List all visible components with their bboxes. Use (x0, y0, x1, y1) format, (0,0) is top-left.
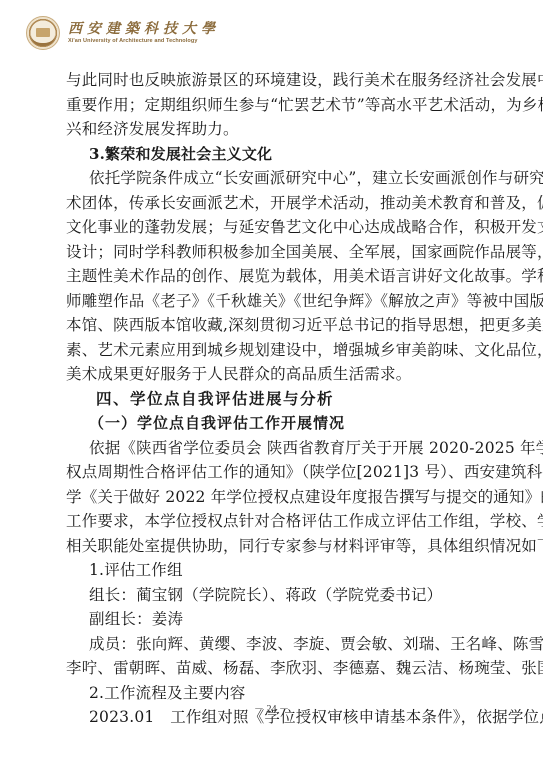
document-body: 与此同时也反映旅游景区的环境建设，践行美术在服务经济社会发展中的重要作用；定期组… (66, 68, 474, 730)
paragraph-line: 兴和经济发展发挥助力。 (66, 117, 474, 142)
paragraph-line: 依托学院条件成立“长安画派研究中心”，建立长安画派创作与研究学 (66, 166, 474, 191)
university-brand: 西安建築科技大學 Xi'an University of Architectur… (68, 21, 220, 46)
paragraph-line: 美术成果更好服务于人民群众的高品质生活需求。 (66, 362, 474, 387)
paragraph-line: 相关职能处室提供协助，同行专家参与材料评审等，具体组织情况如下： (66, 534, 474, 559)
paragraph-line: 权点周期性合格评估工作的通知》（陕学位[2021]3 号）、西安建筑科技大 (66, 460, 474, 485)
paragraph-line: 1.评估工作组 (66, 558, 474, 583)
paragraph-line: 素、艺术元素应用到城乡规划建设中，增强城乡审美韵味、文化品位，把 (66, 338, 474, 363)
subsection-heading: 3.繁荣和发展社会主义文化 (66, 142, 474, 167)
section-heading: 四、学位点自我评估进展与分析 (66, 387, 474, 412)
paragraph-line: 主题性美术作品的创作、展览为载体，用美术语言讲好文化故事。学科教 (66, 264, 474, 289)
university-name-en: Xi'an University of Architecture and Tec… (68, 37, 220, 46)
paragraph-line: 重要作用；定期组织师生参与“忙罢艺术节”等高水平艺术活动，为乡村振 (66, 93, 474, 118)
seal-arc-shape (31, 35, 55, 46)
paragraph-line: 副组长：姜涛 (66, 607, 474, 632)
paragraph-line: 术团体，传承长安画派艺术，开展学术活动，推动美术教育和普及，促进 (66, 191, 474, 216)
subsection-title: （一）学位点自我评估工作开展情况 (66, 411, 474, 436)
document-header: 西安建築科技大學 Xi'an University of Architectur… (26, 12, 220, 54)
paragraph-line: 工作要求，本学位授权点针对合格评估工作成立评估工作组，学校、学院 (66, 509, 474, 534)
university-seal-icon (26, 16, 60, 50)
paragraph-line: 依据《陕西省学位委员会 陕西省教育厅关于开展 2020-2025 年学位授 (66, 436, 474, 461)
paragraph-line: 组长：蔺宝钢（学院院长）、蒋政（学院党委书记） (66, 583, 474, 608)
page-number: － 24 － (0, 700, 543, 715)
paragraph-line: 学《关于做好 2022 年学位授权点建设年度报告撰写与提交的通知》的相关 (66, 485, 474, 510)
university-name-cn: 西安建築科技大學 (68, 21, 220, 37)
paragraph-line: 李咛、雷朝晖、苗威、杨磊、李欣羽、李德嘉、魏云洁、杨琬莹、张国昕 (66, 656, 474, 681)
paragraph-line: 设计；同时学科教师积极参加全国美展、全军展，国家画院作品展等，以 (66, 240, 474, 265)
paragraph-line: 成员：张向辉、黄缨、李波、李旋、贾会敏、刘瑞、王名峰、陈雪华、 (66, 632, 474, 657)
paragraph-line: 本馆、陕西版本馆收藏,深刻贯彻习近平总书记的指导思想，把更多美术元 (66, 313, 474, 338)
paragraph-line: 与此同时也反映旅游景区的环境建设，践行美术在服务经济社会发展中的 (66, 68, 474, 93)
paragraph-line: 师雕塑作品《老子》《千秋雄关》《世纪争辉》《解放之声》等被中国版 (66, 289, 474, 314)
paragraph-line: 文化事业的蓬勃发展；与延安鲁艺文化中心达成战略合作，积极开发文创 (66, 215, 474, 240)
